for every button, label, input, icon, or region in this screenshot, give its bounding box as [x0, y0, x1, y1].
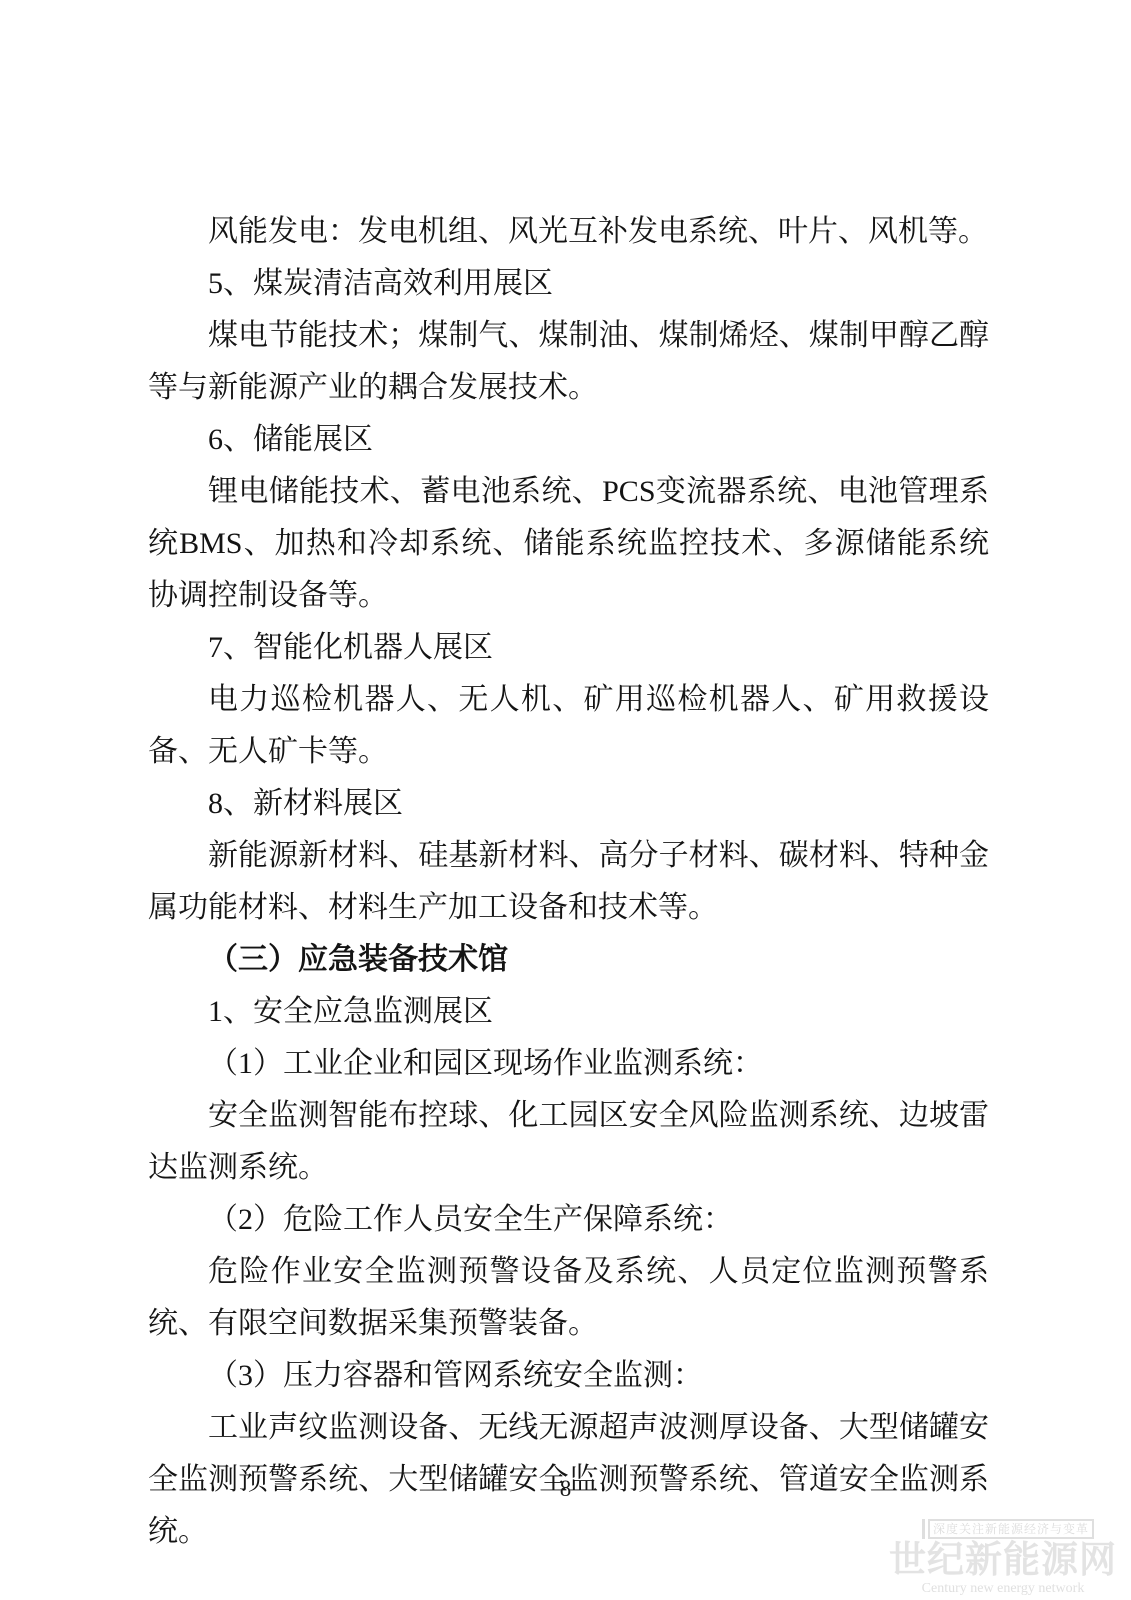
- page-number: 8: [0, 1476, 1131, 1502]
- watermark-title: 世纪新能源网: [884, 1541, 1122, 1581]
- list-item-heading: （1）工业企业和园区现场作业监测系统：: [148, 1038, 989, 1090]
- section-subheading: 8、新材料展区: [148, 778, 989, 830]
- body-paragraph: 煤电节能技术；煤制气、煤制油、煤制烯烃、煤制甲醇乙醇等与新能源产业的耦合发展技术…: [148, 310, 989, 414]
- watermark-slogan-row: 深度关注新能源经济与变革: [884, 1519, 1094, 1539]
- section-heading: （三）应急装备技术馆: [148, 934, 989, 986]
- document-body: 风能发电：发电机组、风光互补发电系统、叶片、风机等。 5、煤炭清洁高效利用展区 …: [148, 206, 989, 1558]
- body-paragraph: 电力巡检机器人、无人机、矿用巡检机器人、矿用救援设备、无人矿卡等。: [148, 674, 989, 778]
- watermark-subtitle: Century new energy network: [884, 1581, 1122, 1596]
- watermark-slogan: 深度关注新能源经济与变革: [928, 1519, 1094, 1539]
- section-subheading: 1、安全应急监测展区: [148, 986, 989, 1038]
- section-subheading: 7、智能化机器人展区: [148, 622, 989, 674]
- body-paragraph: 锂电储能技术、蓄电池系统、PCS变流器系统、电池管理系统BMS、加热和冷却系统、…: [148, 466, 989, 622]
- list-item-heading: （3）压力容器和管网系统安全监测：: [148, 1350, 989, 1402]
- body-paragraph: 安全监测智能布控球、化工园区安全风险监测系统、边坡雷达监测系统。: [148, 1090, 989, 1194]
- body-paragraph: 新能源新材料、硅基新材料、高分子材料、碳材料、特种金属功能材料、材料生产加工设备…: [148, 830, 989, 934]
- document-page: 风能发电：发电机组、风光互补发电系统、叶片、风机等。 5、煤炭清洁高效利用展区 …: [0, 0, 1131, 1600]
- list-item-heading: （2）危险工作人员安全生产保障系统：: [148, 1194, 989, 1246]
- body-paragraph: 危险作业安全监测预警设备及系统、人员定位监测预警系统、有限空间数据采集预警装备。: [148, 1246, 989, 1350]
- section-subheading: 6、储能展区: [148, 414, 989, 466]
- watermark: 深度关注新能源经济与变革 世纪新能源网 Century new energy n…: [884, 1519, 1122, 1596]
- section-subheading: 5、煤炭清洁高效利用展区: [148, 258, 989, 310]
- body-paragraph: 风能发电：发电机组、风光互补发电系统、叶片、风机等。: [148, 206, 989, 258]
- watermark-slogan-bar: [922, 1519, 925, 1539]
